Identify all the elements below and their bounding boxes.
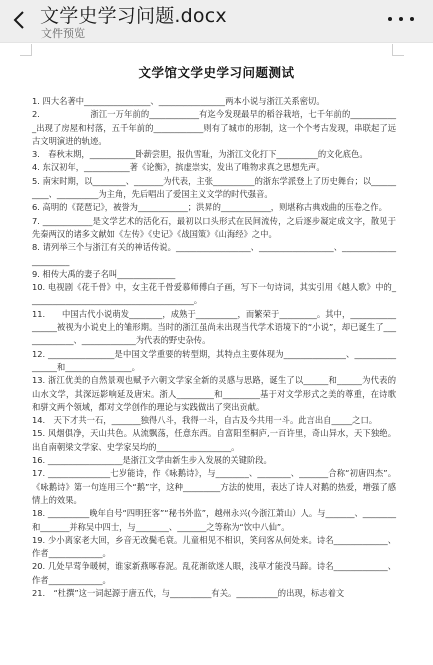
file-title: 文学史学习问题.docx <box>40 1 227 28</box>
dot <box>399 17 403 21</box>
question-item: 13. 浙江优美的自然景观也赋予六朝文学家全新的灵感与思路，诞生了以______… <box>32 374 396 414</box>
question-item: 5. 南宋时期，以________、_______为代表，主张_________… <box>32 175 396 202</box>
question-item: 1. 四大名著中________________、_______________… <box>32 95 396 108</box>
question-item: 14. 天下才共一石，_______独得八斗，我得一斗，自古及今共用一斗。此言出… <box>32 414 396 427</box>
question-item: 18. __________晚年自号“四明狂客”“秘书外监”，越州永兴(今浙江萧… <box>32 507 396 534</box>
question-item: 19. 少小离家老大回，乡音无改鬓毛衰。儿童相见不相识，笑问客从何处来。诗名__… <box>32 534 396 561</box>
chevron-left-icon <box>10 8 30 32</box>
document-preview[interactable]: 文学馆文学史学习问题测试 1. 四大名著中________________、__… <box>0 44 433 665</box>
question-item: 6. 高明的《琵琶记》，被誉为____________；洪昇的_________… <box>32 201 396 214</box>
question-item: 3. 春秋末期，___________卧薪尝胆，报仇雪耻，为浙江文化打下____… <box>32 148 396 161</box>
margin-corner-mark <box>392 44 404 56</box>
question-item: 12. ________________是中国文学重要的转型期，其特点主要体现为… <box>32 348 396 375</box>
question-item: 15. 风烟俱净，天山共色。从流飘荡，任意东西。自富阳至桐庐,一百许里，奇山异水… <box>32 427 396 454</box>
file-subtitle: 文件预览 <box>41 25 85 41</box>
question-item: 20. 几处早莺争暖树，谁家新燕啄春泥。乱花渐欲迷人眼，浅草才能没马蹄。诗名__… <box>32 560 396 587</box>
question-item: 10. 电视剧《花千骨》中，女主花千骨爱慕师傅白子画，写下一句诗词，其实引用《越… <box>32 281 396 308</box>
question-item: 16. __________________是浙江文学由新生步入发展的关键阶段。 <box>32 454 396 467</box>
question-item: 17. _______________七岁能诗，作《咏鹅诗》，与________… <box>32 467 396 507</box>
question-item: 2. 浙江一万年前的____________有迄今发现最早的稻谷栽培，七千年前的… <box>32 108 396 148</box>
margin-corner-mark <box>20 44 32 56</box>
more-options-button[interactable] <box>388 14 414 24</box>
question-item: 9. 相传大禹的妻子名叫______________ <box>32 268 396 281</box>
question-item: 7. ____________是文学艺术的活化石，最初以口头形式在民间流传，之后… <box>32 215 396 242</box>
question-item: 4. 东汉初年，___________著《论衡》，摈虚崇实，发出了唯物求真之思想… <box>32 161 396 174</box>
document-body: 1. 四大名著中________________、_______________… <box>32 95 396 600</box>
back-button[interactable] <box>10 8 30 32</box>
document-title: 文学馆文学史学习问题测试 <box>0 63 433 81</box>
question-item: 8. 请列举三个与浙江有关的神话传说。__________________、__… <box>32 241 396 268</box>
top-bar: 文学史学习问题.docx 文件预览 <box>0 0 433 43</box>
question-item: 21. “杜撰”这一词起源于唐五代，与__________有关。________… <box>32 587 396 600</box>
question-item: 11. 中国古代小说萌发________，成熟于__________，而繁荣于_… <box>32 308 396 348</box>
dot <box>410 17 414 21</box>
more-horizontal-icon <box>388 17 392 21</box>
